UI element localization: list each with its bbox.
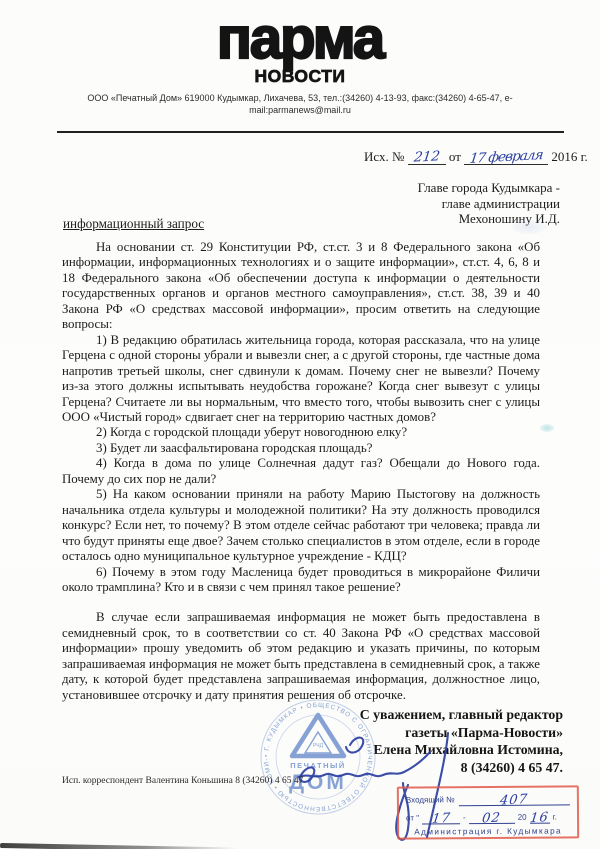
incoming-year-slot: 16 xyxy=(530,809,550,824)
incoming-registration-stamp: Входящий № 407 от " 17 - 02 20 16 г. Адм… xyxy=(397,785,579,839)
incoming-year-print: 20 xyxy=(518,813,527,824)
ref-date-handwritten: 17 февраля xyxy=(469,149,543,166)
ref-from-label: от xyxy=(449,149,461,164)
recipient-block: Главе города Кудымкара - главе администр… xyxy=(418,180,560,227)
letter-body: На основании ст. 29 Конституции РФ, ст.с… xyxy=(62,240,540,703)
incoming-month-handwritten: 02 xyxy=(482,813,502,824)
executor-line: Исп. корреспондент Валентина Коньшина 8 … xyxy=(62,776,303,786)
incoming-day-slot: 17 xyxy=(422,809,460,824)
newspaper-logo: парма xyxy=(0,10,600,68)
question-1: 1) В редакцию обратилась жительница горо… xyxy=(62,333,540,426)
ref-prefix: Исх. № xyxy=(364,149,404,164)
ref-year: 2016 г. xyxy=(551,149,587,164)
letterhead-address-line1: ООО «Печатный Дом» 619000 Кудымкар, Лиха… xyxy=(87,93,512,103)
intro-paragraph: На основании ст. 29 Конституции РФ, ст.с… xyxy=(62,240,540,333)
incoming-day-handwritten: 17 xyxy=(431,814,451,825)
outgoing-reference-line: Исх. № 212 от 17 февраля 2016 г. xyxy=(364,149,588,165)
incoming-number-handwritten: 407 xyxy=(500,795,529,807)
question-5: 5) На каком основании приняли на работу … xyxy=(62,487,540,564)
ref-date-slot: 17 февраля xyxy=(464,150,548,165)
incoming-date-separator: - xyxy=(463,813,466,824)
scan-smudge xyxy=(540,424,554,432)
question-6: 6) Почему в этом году Масленица будет пр… xyxy=(62,565,540,596)
incoming-number-slot: 407 xyxy=(459,790,570,806)
scanned-letter-page: парма НОВОСТИ ООО «Печатный Дом» 619000 … xyxy=(0,0,600,849)
recipient-line: главе администрации xyxy=(418,196,560,212)
scan-smudge xyxy=(512,220,546,234)
incoming-year-suffix: г. xyxy=(553,813,557,824)
scan-edge-artifact xyxy=(0,843,238,849)
incoming-year-handwritten: 16 xyxy=(530,813,550,824)
ref-number-handwritten: 212 xyxy=(413,150,441,164)
incoming-date-prefix: от " xyxy=(406,813,419,824)
letterhead-address-line2: mail:parmanews@mail.ru xyxy=(249,105,351,115)
closing-paragraph: В случае если запрашиваемая информация н… xyxy=(62,610,540,703)
subject-line: информационный запрос xyxy=(63,216,204,232)
question-2: 2) Когда с городской площади уберут ново… xyxy=(62,425,540,440)
question-3: 3) Будет ли заасфальтирована городская п… xyxy=(62,441,540,456)
recipient-line: Главе города Кудымкара - xyxy=(418,180,560,196)
incoming-month-slot: 02 xyxy=(469,809,515,824)
letterhead-divider xyxy=(57,131,564,133)
ref-number-slot: 212 xyxy=(408,150,446,165)
incoming-stamp-row2: от " 17 - 02 20 16 г. xyxy=(406,808,570,824)
incoming-stamp-row1: Входящий № 407 xyxy=(406,790,570,806)
newspaper-logo-subtitle: НОВОСТИ xyxy=(0,66,600,87)
incoming-number-label: Входящий № xyxy=(406,795,455,806)
letterhead-address: ООО «Печатный Дом» 619000 Кудымкар, Лиха… xyxy=(60,93,540,116)
question-4: 4) Когда в дома по улице Солнечная дадут… xyxy=(62,456,540,487)
incoming-stamp-org: Администрация г. Кудымкара xyxy=(406,826,570,836)
